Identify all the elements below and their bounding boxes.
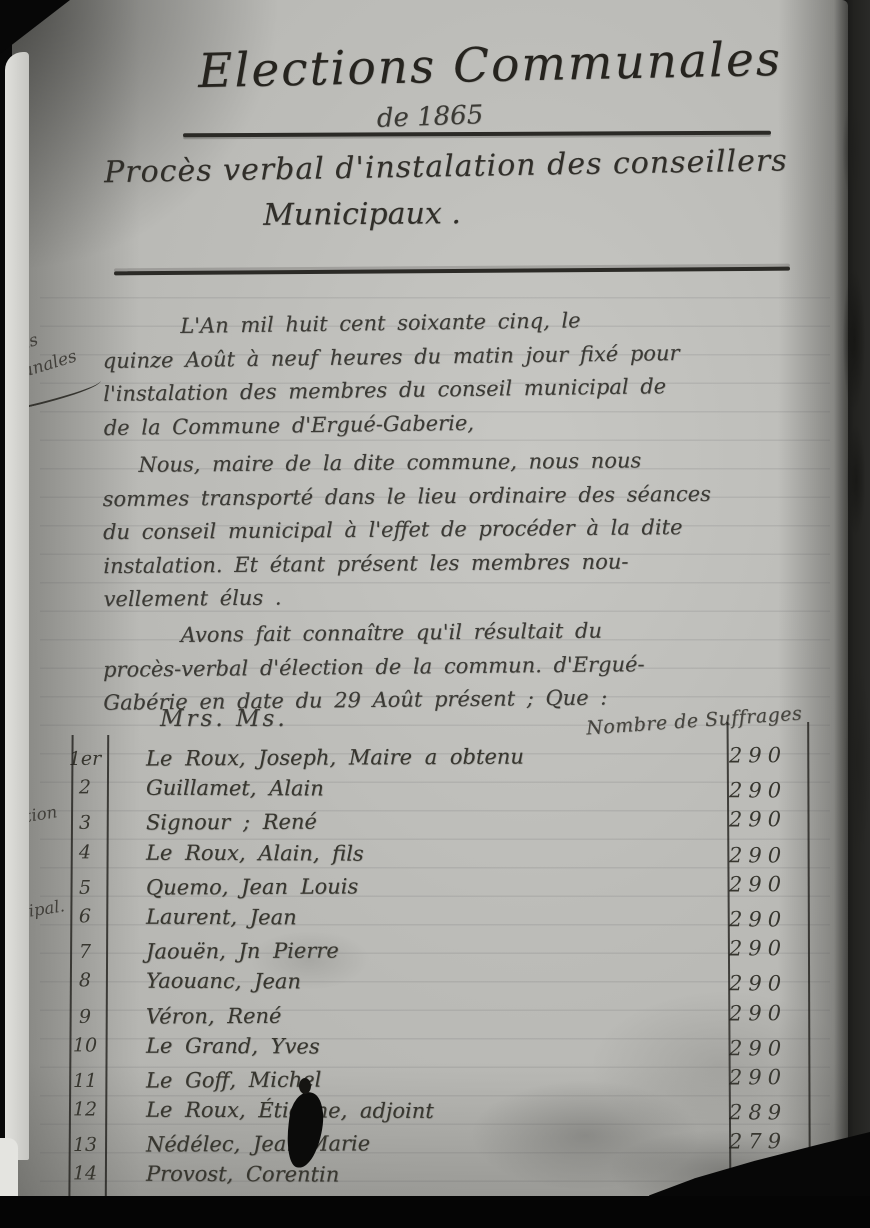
councillor-name: Nédélec, Jean-Marie bbox=[108, 1130, 715, 1157]
table-row: 10 Le Grand, Yves 290 bbox=[62, 1029, 824, 1065]
councillor-name: Yaouanc, Jean bbox=[108, 969, 715, 996]
table-row: 2 Guillamet, Alain 290 bbox=[62, 772, 824, 808]
text-line: vellement élus . bbox=[103, 577, 827, 617]
councillor-name: Le Goff, Michel bbox=[108, 1066, 715, 1093]
councillor-name: Jaouën, Jn Pierre bbox=[108, 937, 715, 964]
row-number: 4 bbox=[62, 841, 108, 863]
row-number: 5 bbox=[62, 877, 108, 899]
table-row: 1er Le Roux, Joseph, Maire a obtenu 290 bbox=[62, 739, 824, 775]
manuscript-scan: Elections Communales de 1865 Procès verb… bbox=[0, 0, 870, 1228]
bottom-shadow bbox=[0, 1196, 870, 1228]
results-table: 1er Le Roux, Joseph, Maire a obtenu 290 … bbox=[62, 741, 824, 1192]
table-row: 9 Véron, René 290 bbox=[62, 997, 824, 1033]
councillor-name: Le Grand, Yves bbox=[108, 1033, 715, 1060]
table-row: 12 Le Roux, Étienne, adjoint 289 bbox=[62, 1093, 824, 1129]
table-row: 4 Le Roux, Alain, fils 290 bbox=[62, 836, 824, 872]
row-number: 2 bbox=[62, 777, 108, 799]
councillor-name: Laurent, Jean bbox=[108, 905, 715, 932]
table-row: 3 Signour ; René 290 bbox=[62, 803, 824, 839]
row-number: 7 bbox=[62, 941, 108, 963]
row-number: 1er bbox=[62, 748, 108, 770]
table-row: 13 Nédélec, Jean-Marie 279 bbox=[62, 1125, 824, 1161]
councillor-name: Véron, René bbox=[108, 1001, 715, 1028]
table-header-names: Mrs. Ms. bbox=[160, 706, 288, 732]
councillor-name: Le Roux, Joseph, Maire a obtenu bbox=[108, 744, 715, 771]
councillor-name: Guillamet, Alain bbox=[108, 776, 715, 803]
table-row: 8 Yaouanc, Jean 290 bbox=[62, 965, 824, 1001]
row-number: 6 bbox=[62, 905, 108, 927]
councillor-name: Signour ; René bbox=[108, 808, 715, 835]
councillor-name: Quemo, Jean Louis bbox=[108, 872, 715, 899]
councillor-name: Le Roux, Alain, fils bbox=[108, 840, 715, 867]
subtitle-line2: Municipaux . bbox=[222, 196, 502, 233]
councillor-name: Provost, Corentin bbox=[108, 1162, 715, 1189]
paragraph-results: Avons fait connaître qu'il résultait du … bbox=[102, 612, 827, 720]
table-row: 7 Jaouën, Jn Pierre 290 bbox=[62, 932, 824, 968]
page-block-edge bbox=[834, 0, 870, 1228]
row-number: 3 bbox=[62, 812, 108, 834]
table-row: 11 Le Goff, Michel 290 bbox=[62, 1061, 824, 1097]
councillor-name: Le Roux, Étienne, adjoint bbox=[108, 1098, 715, 1125]
ink-spot bbox=[299, 1078, 311, 1094]
paragraph-mayor: Nous, maire de la dite commune, nous nou… bbox=[102, 443, 827, 617]
underlying-page-edge bbox=[5, 52, 29, 1160]
table-row: 6 Laurent, Jean 290 bbox=[62, 900, 824, 936]
paragraph-opening: L'An mil huit cent soixante cinq, le qui… bbox=[102, 301, 828, 445]
table-row: 5 Quemo, Jean Louis 290 bbox=[62, 868, 824, 904]
